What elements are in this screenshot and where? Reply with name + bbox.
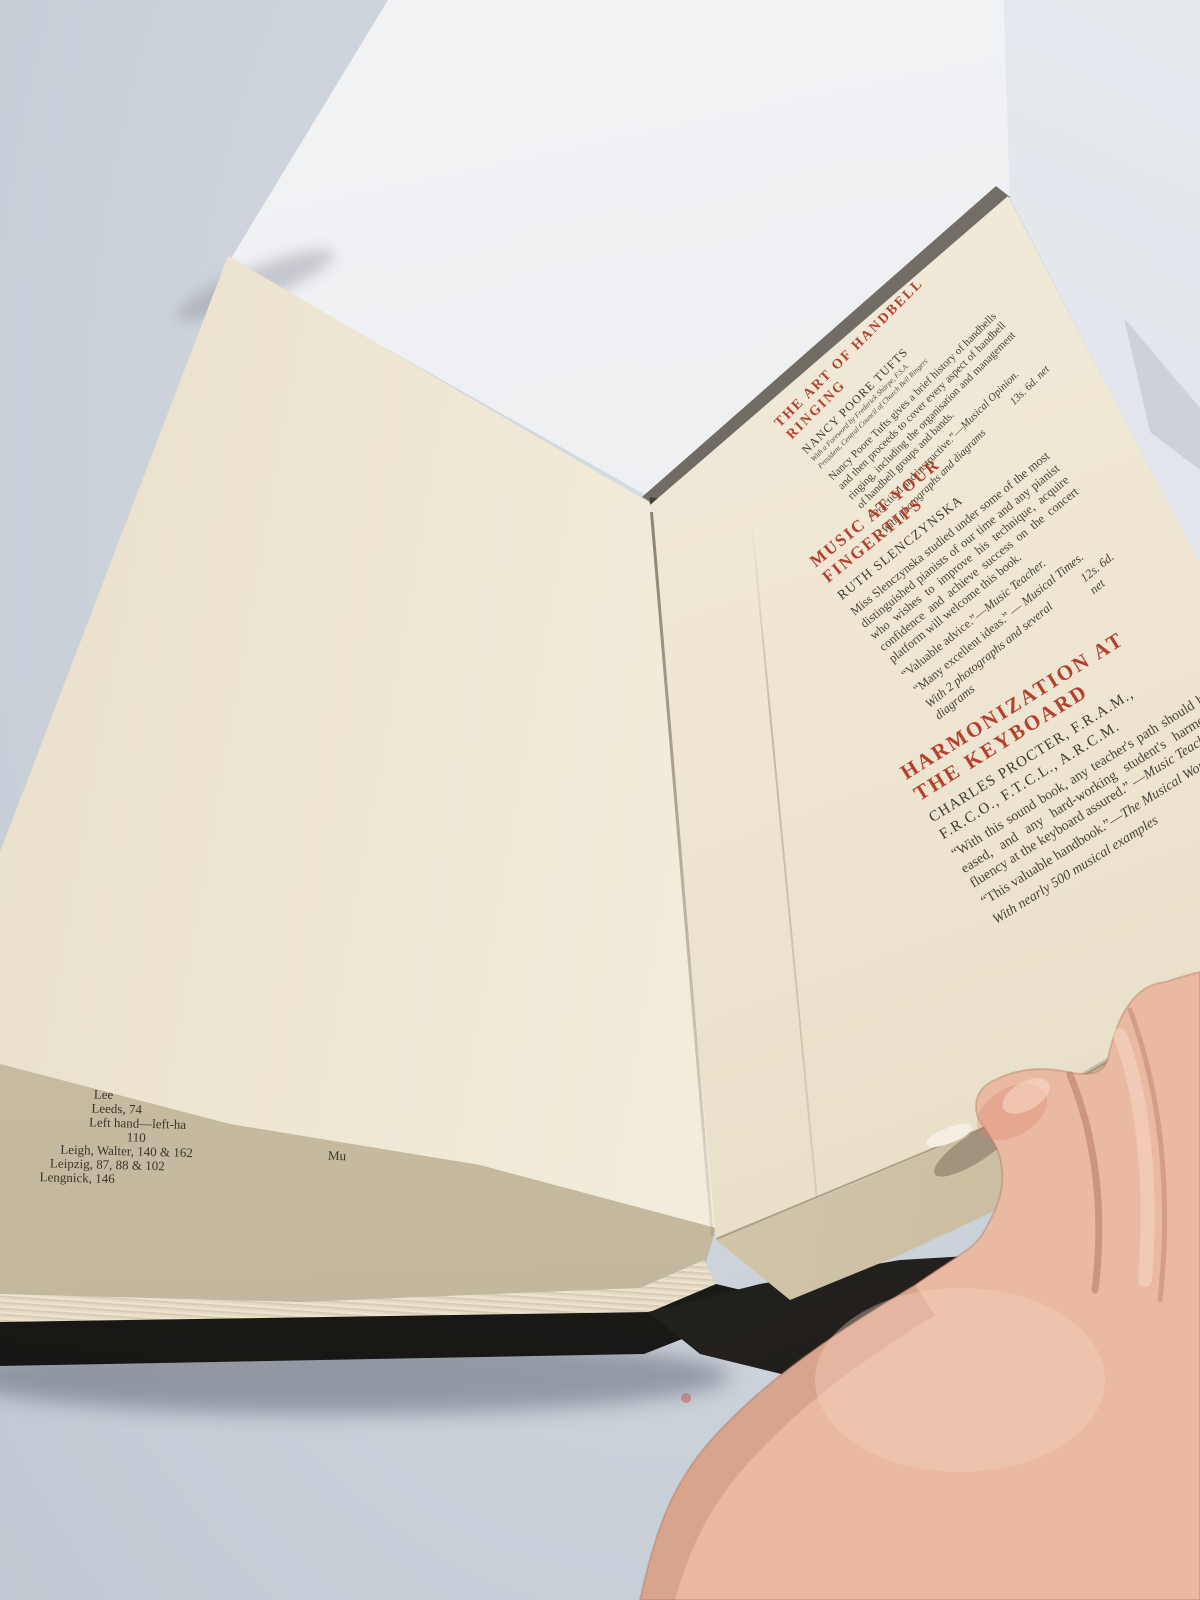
hand	[600, 950, 1200, 1600]
photo-book-scene: Lee Leeds, 74 Left hand—left-ha 110 Leig…	[0, 0, 1200, 1600]
index-text-fragment: Mu	[328, 1148, 346, 1164]
knuckle-highlight	[815, 1288, 1105, 1472]
skin-freckle	[681, 1393, 691, 1403]
hand-silhouette	[640, 972, 1200, 1600]
